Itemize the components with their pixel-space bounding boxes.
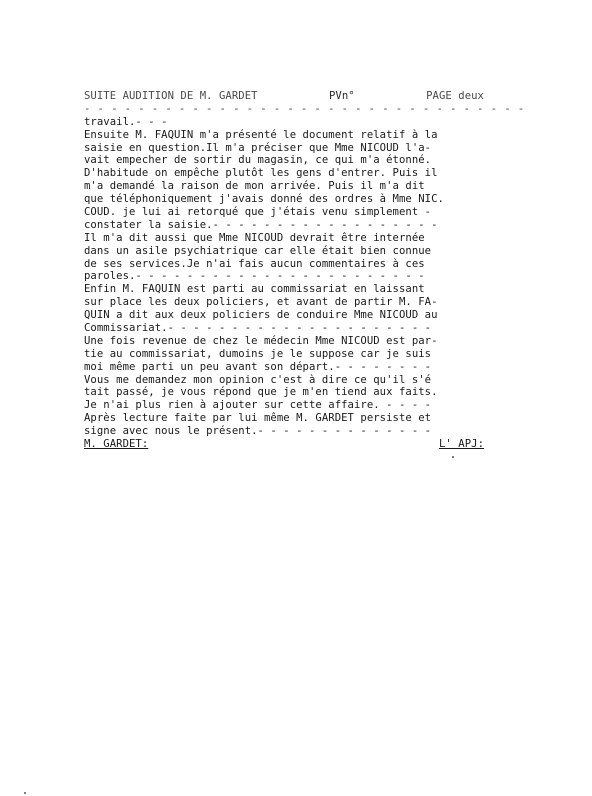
text-line: vait empecher de sortir du magasin, ce q… bbox=[84, 154, 484, 167]
text-line: Enfin M. FAQUIN est parti au commissaria… bbox=[84, 283, 484, 296]
text-line: D'habitude on empêche plutôt les gens d'… bbox=[84, 167, 484, 180]
text-line: tie au commissariat, dumoins je le suppo… bbox=[84, 348, 484, 361]
text-line: Après lecture faite par lui même M. GARD… bbox=[84, 412, 484, 425]
document-page: SUITE AUDITION DE M. GARDET PVn° PAGE de… bbox=[0, 0, 592, 796]
text-line: m'a demandé la raison de mon arrivée. Pu… bbox=[84, 180, 484, 193]
signature-gardet: M. GARDET: bbox=[84, 438, 148, 451]
scan-speck bbox=[24, 792, 26, 794]
header-page: PAGE deux bbox=[426, 90, 484, 103]
statement-body: travail.- - -Ensuite M. FAQUIN m'a prése… bbox=[84, 116, 484, 438]
text-line: travail.- - - bbox=[84, 116, 484, 129]
header-title: SUITE AUDITION DE M. GARDET bbox=[84, 90, 258, 103]
text-line: sur place les deux policiers, et avant d… bbox=[84, 296, 484, 309]
text-line: COUD. je lui ai retorqué que j'étais ven… bbox=[84, 206, 484, 219]
text-line: que téléphoniquement j'avais donné des o… bbox=[84, 193, 484, 206]
text-line: Ensuite M. FAQUIN m'a présenté le docume… bbox=[84, 129, 484, 142]
signature-line: M. GARDET: L' APJ: bbox=[84, 438, 484, 451]
text-line: paroles.- - - - - - - - - - - - - - - - … bbox=[84, 270, 484, 283]
text-line: dans un asile psychiatrique car elle éta… bbox=[84, 245, 484, 258]
text-line: Je n'ai plus rien à ajouter sur cette af… bbox=[84, 399, 484, 412]
text-line: QUIN a dit aux deux policiers de conduir… bbox=[84, 309, 484, 322]
text-line: de ses services.Je n'ai fais aucun comme… bbox=[84, 258, 484, 271]
text-line: Vous me demandez mon opinion c'est à dir… bbox=[84, 374, 484, 387]
text-line: constater la saisie.- - - - - - - - - - … bbox=[84, 219, 484, 232]
text-line: Il m'a dit aussi que Mme NICOUD devrait … bbox=[84, 232, 484, 245]
text-line: moi même parti un peu avant son départ.-… bbox=[84, 361, 484, 374]
signature-apj: L' APJ: bbox=[439, 438, 484, 451]
header-pv-number: PVn° bbox=[329, 90, 355, 103]
text-line: tait passé, je vous répond que je m'en t… bbox=[84, 386, 484, 399]
text-line: Une fois revenue de chez le médecin Mme … bbox=[84, 335, 484, 348]
text-line: signe avec nous le présent.- - - - - - -… bbox=[84, 425, 484, 438]
header-separator: - - - - - - - - - - - - - - - - - - - - … bbox=[84, 103, 484, 116]
text-line: saisie en question.Il m'a préciser que M… bbox=[84, 142, 484, 155]
typewritten-text: SUITE AUDITION DE M. GARDET PVn° PAGE de… bbox=[84, 90, 484, 451]
page-header: SUITE AUDITION DE M. GARDET PVn° PAGE de… bbox=[84, 90, 484, 103]
text-line: Commissariat.- - - - - - - - - - - - - -… bbox=[84, 322, 484, 335]
scan-speck bbox=[452, 456, 454, 458]
